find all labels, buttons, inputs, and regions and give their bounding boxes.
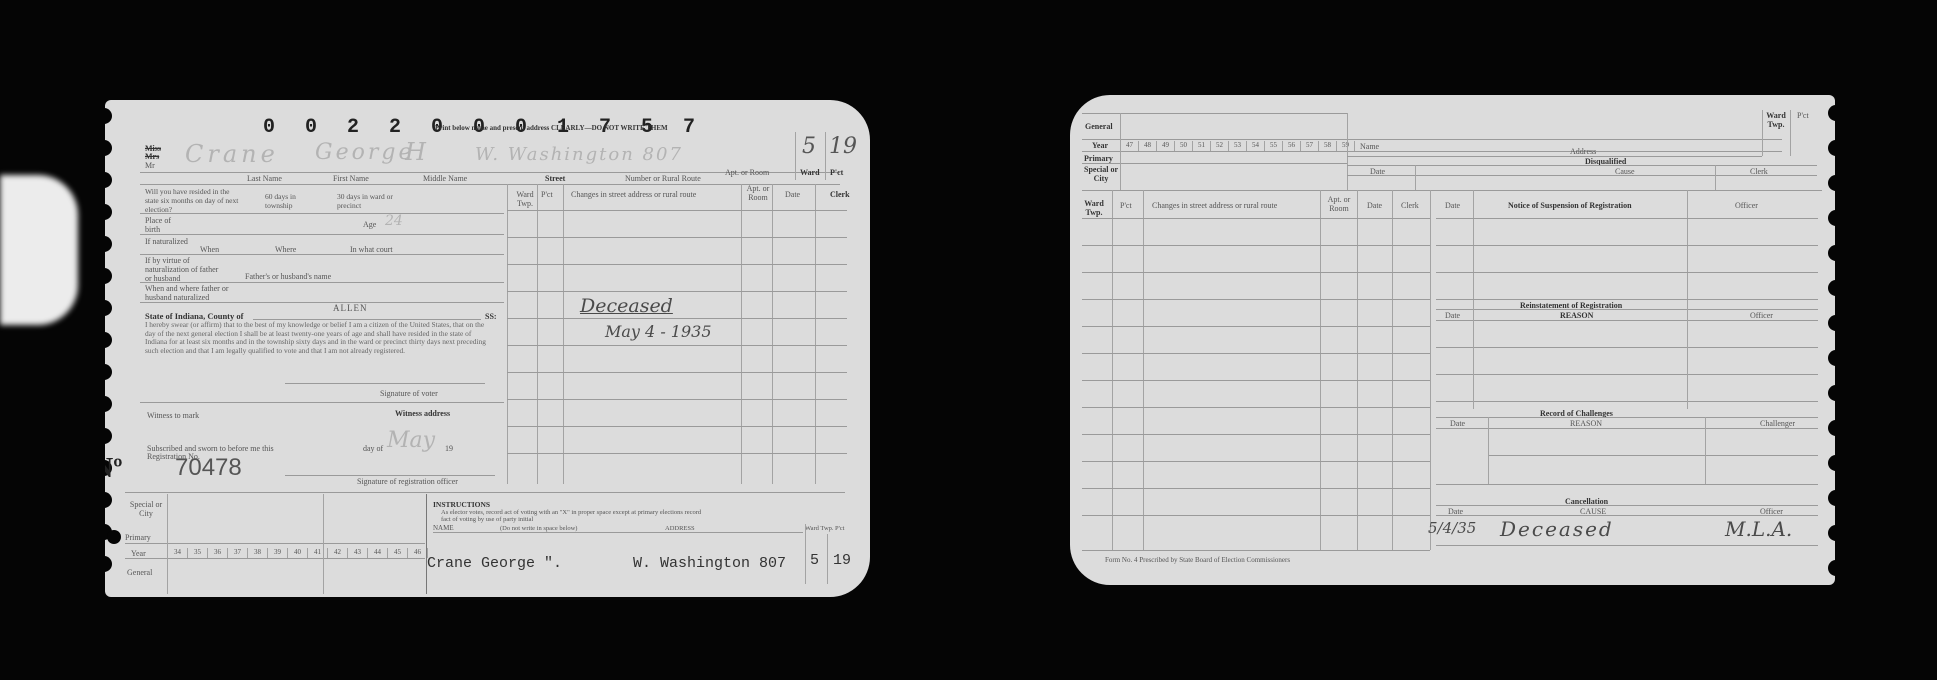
label-ward: Ward [800,168,820,177]
typed-pct: 19 [833,552,851,569]
label-signature-officer: Signature of registration officer [357,477,458,486]
label-last-name: Last Name [247,174,282,183]
back-col-clerk: Clerk [1401,201,1419,210]
back-label-ward-twp: Ward Twp. [1765,111,1787,129]
salutation-mrs: Mrs [145,152,159,161]
registration-card-back: General Year 47 48 49 50 51 52 53 54 55 … [1070,95,1835,585]
col-pct: P'ct [541,190,553,199]
handwritten-ward: 5 [802,134,816,159]
handwritten-pct: 19 [829,134,857,159]
scanner-glare [0,175,78,325]
reinstatement-reason-header: REASON [1560,311,1593,320]
label-day-of: day of [363,444,383,453]
salutation-mr: Mr [145,161,155,170]
suspension-officer-header: Officer [1735,201,1758,210]
label-place-of-birth: Place of birth [145,216,185,234]
label-witness-mark: Witness to mark [147,411,199,420]
row-year: Year [131,549,146,558]
label-apt: Apt. or Room [725,168,769,177]
instructions-pct-label: P'ct [835,524,844,533]
handwritten-street: W. Washington 807 [475,144,683,165]
handwritten-month: May [387,428,435,453]
question-township: 60 days in township [265,192,315,210]
front-year-row: 34 35 36 37 38 39 40 41 42 43 44 45 46 [167,548,428,558]
handwritten-deceased-note: Deceased [580,295,673,317]
back-col-pct: P'ct [1120,201,1132,210]
handwritten-middle-initial: H [405,138,426,166]
col-changes: Changes in street address or rural route [571,190,696,199]
col-clerk: Clerk [830,190,850,199]
label-year-prefix: 19 [445,444,453,453]
instructions-ward-label: Ward Twp. [805,524,834,533]
county-value: ALLEN [333,304,368,313]
typed-address: W. Washington 807 [633,555,786,572]
label-middle-name: Middle Name [423,174,467,183]
label-father-naturalized: When and where father or husband natural… [145,284,235,302]
reinstatement-officer-header: Officer [1750,311,1773,320]
label-where: Where [275,245,296,254]
label-when: When [200,245,219,254]
row-general: General [127,568,152,577]
cancellation-date-value: 5/4/35 [1428,519,1476,537]
registration-number: 70478 [175,454,242,482]
back-col-apt: Apt. or Room [1324,195,1354,213]
label-age: Age [363,220,376,229]
col-ward-twp: Ward Twp. [513,190,537,208]
back-year-row: 47 48 49 50 51 52 53 54 55 56 57 58 59 [1120,141,1355,151]
typed-name: Crane George ". [427,555,562,572]
question-ward-precinct: 30 days in ward or precinct [337,192,397,210]
label-signature-voter: Signature of voter [380,389,438,398]
question-residency: Will you have resided in the state six m… [145,187,240,214]
back-row-general: General [1085,122,1113,131]
challenges-reason-header: REASON [1570,419,1602,428]
cancellation-officer-value: M.L.A. [1725,517,1792,541]
row-special-city: Special or City [129,500,163,518]
oath-ss: SS: [485,312,497,321]
handwritten-first-name: George [315,140,414,165]
back-row-year: Year [1092,141,1108,150]
registration-card-front: 0 0 2 2 0 0 0 1 7 5 7 Print below name a… [105,100,870,597]
back-col-date: Date [1367,201,1382,210]
label-by-virtue: If by virtue of naturalization of father… [145,256,225,283]
label-street: Street [545,174,565,183]
back-row-special-city: Special or City [1084,165,1118,183]
suspension-title: Notice of Suspension of Registration [1508,201,1632,210]
label-pct: P'ct [830,168,843,177]
handwritten-last-name: Crane [185,140,279,168]
challenges-challenger-header: Challenger [1760,419,1795,428]
col-apt: Apt. or Room [745,184,771,202]
challenges-date-header: Date [1450,419,1465,428]
form-footer: Form No. 4 Prescribed by State Board of … [1105,556,1290,565]
instructions-text-2: fact of voting by use of party initial [441,515,533,524]
col-date: Date [785,190,800,199]
back-label-pct: P'ct [1797,111,1809,120]
back-row-primary: Primary [1084,154,1113,163]
label-court: In what court [350,245,393,254]
suspension-date-header: Date [1445,201,1460,210]
handwritten-deceased-date: May 4 - 1935 [605,322,712,341]
label-witness-address: Witness address [395,409,450,418]
label-first-name: First Name [333,174,369,183]
handwritten-age: 24 [385,213,403,229]
back-col-ward-twp: Ward Twp. [1082,199,1106,217]
label-number: Number or Rural Route [625,174,701,183]
label-fathers-name: Father's or husband's name [245,272,331,281]
number-prefix: Nº [105,453,122,485]
label-naturalized: If naturalized [145,237,195,246]
back-label-address: Address [1570,147,1596,156]
typed-ward: 5 [810,552,819,569]
back-col-changes: Changes in street address or rural route [1152,201,1277,210]
cancellation-cause-value: Deceased [1500,517,1614,541]
row-primary: Primary [125,533,151,542]
header-instruction: Print below name and present address CLE… [435,124,668,133]
back-label-name: Name [1360,142,1379,151]
oath-text: I hereby swear (or affirm) that to the b… [145,321,490,355]
reinstatement-date-header: Date [1445,311,1460,320]
